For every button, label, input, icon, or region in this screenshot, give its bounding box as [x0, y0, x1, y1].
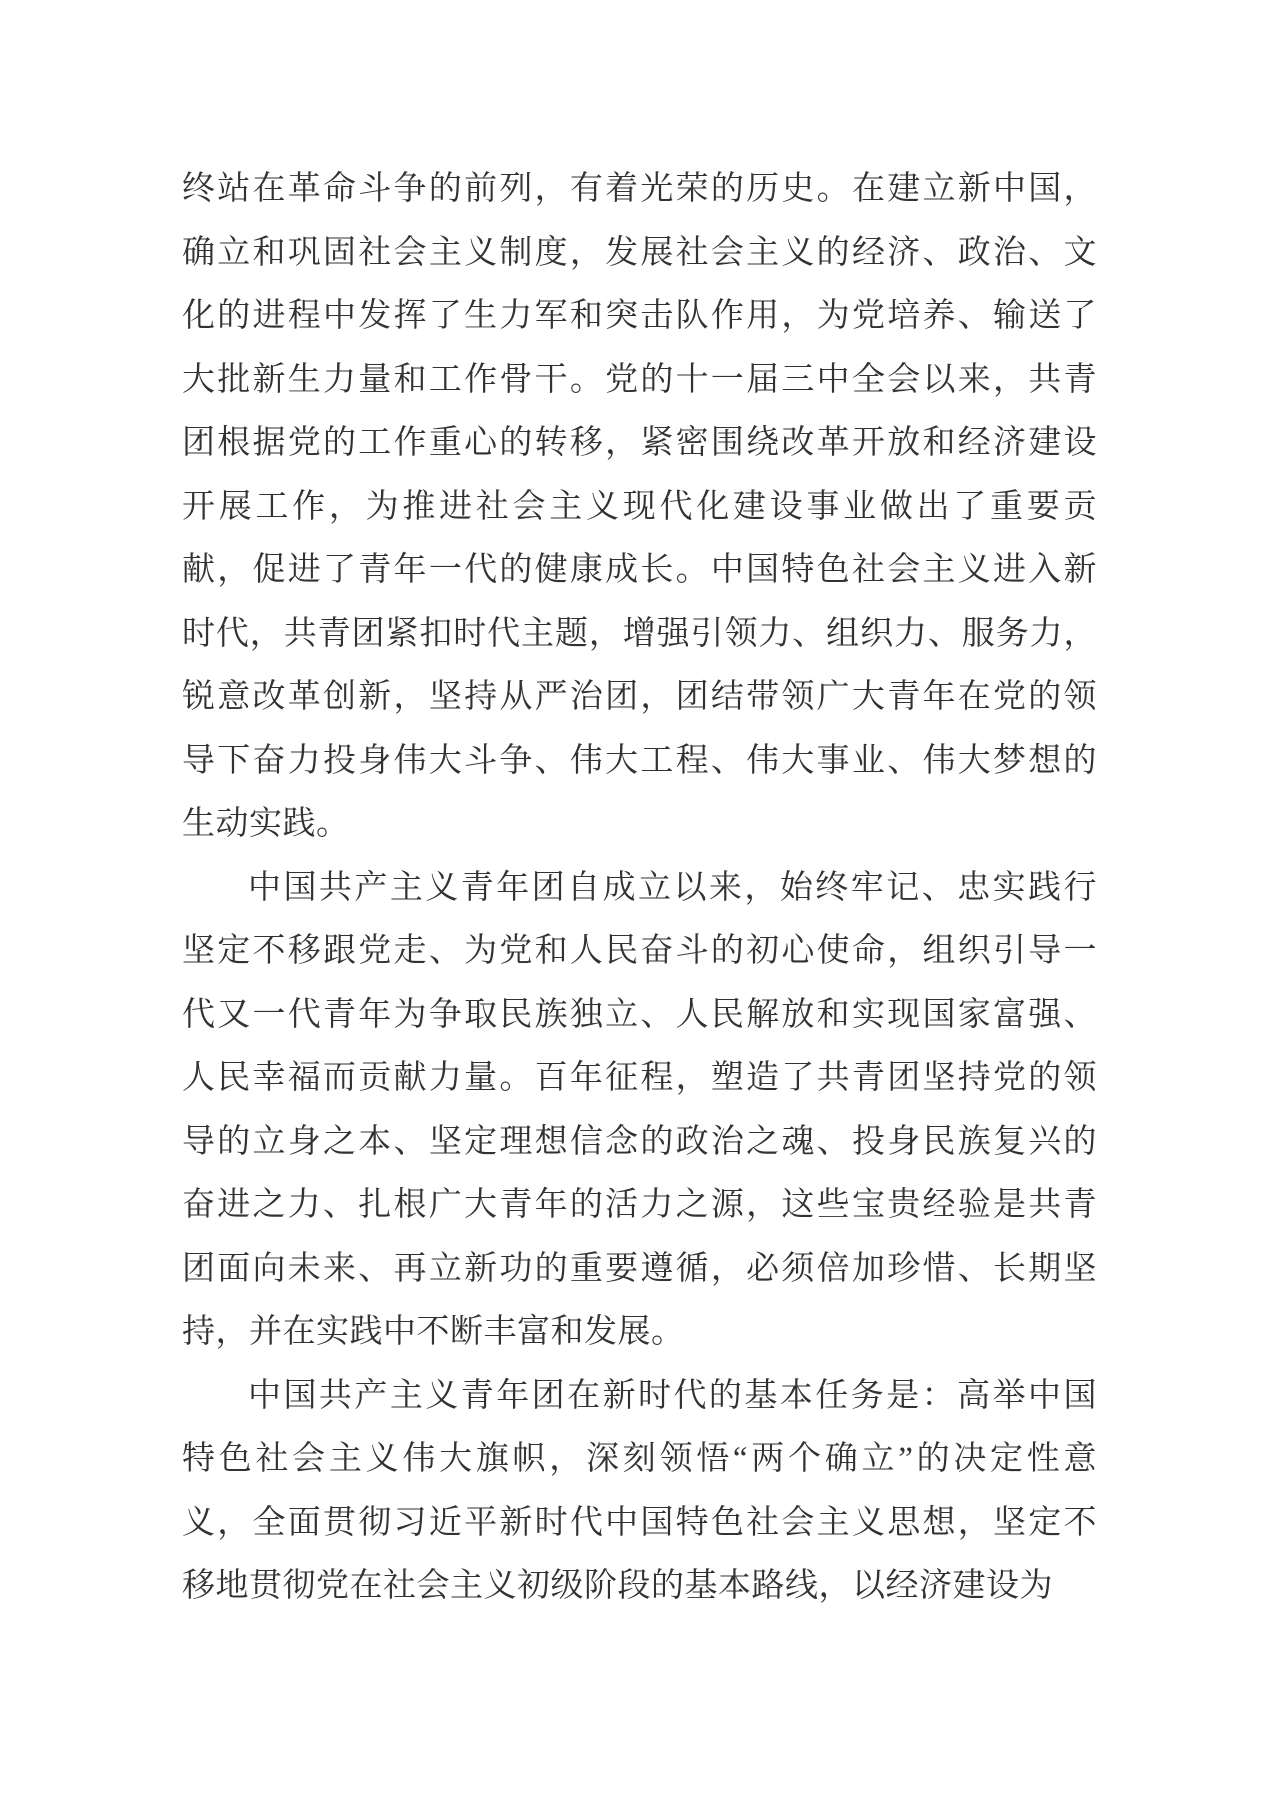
text-line: 代又一代青年为争取民族独立、人民解放和实现国家富强、: [182, 984, 1097, 1048]
text-line: 中国共产主义青年团在新时代的基本任务是：高举中国: [182, 1365, 1097, 1429]
text-line: 大批新生力量和工作骨干。党的十一届三中全会以来，共青: [182, 349, 1097, 413]
text-line: 移地贯彻党在社会主义初级阶段的基本路线，以经济建设为: [182, 1555, 1097, 1619]
text-line: 献，促进了青年一代的健康成长。中国特色社会主义进入新: [182, 539, 1097, 603]
text-line: 生动实践。: [182, 793, 1097, 857]
text-line: 持，并在实践中不断丰富和发展。: [182, 1301, 1097, 1365]
paragraph: 终站在革命斗争的前列，有着光荣的历史。在建立新中国，确立和巩固社会主义制度，发展…: [182, 158, 1097, 857]
text-line: 坚定不移跟党走、为党和人民奋斗的初心使命，组织引导一: [182, 920, 1097, 984]
text-line: 时代，共青团紧扣时代主题，增强引领力、组织力、服务力，: [182, 603, 1097, 667]
text-line: 团面向未来、再立新功的重要遵循，必须倍加珍惜、长期坚: [182, 1238, 1097, 1302]
text-line: 开展工作，为推进社会主义现代化建设事业做出了重要贡: [182, 476, 1097, 540]
text-line: 锐意改革创新，坚持从严治团，团结带领广大青年在党的领: [182, 666, 1097, 730]
text-line: 特色社会主义伟大旗帜，深刻领悟“两个确立”的决定性意: [182, 1428, 1097, 1492]
text-line: 终站在革命斗争的前列，有着光荣的历史。在建立新中国，: [182, 158, 1097, 222]
document-page: 终站在革命斗争的前列，有着光荣的历史。在建立新中国，确立和巩固社会主义制度，发展…: [0, 0, 1279, 1810]
paragraph: 中国共产主义青年团自成立以来，始终牢记、忠实践行坚定不移跟党走、为党和人民奋斗的…: [182, 857, 1097, 1365]
document-body: 终站在革命斗争的前列，有着光荣的历史。在建立新中国，确立和巩固社会主义制度，发展…: [182, 158, 1097, 1619]
text-line: 人民幸福而贡献力量。百年征程，塑造了共青团坚持党的领: [182, 1047, 1097, 1111]
text-line: 团根据党的工作重心的转移，紧密围绕改革开放和经济建设: [182, 412, 1097, 476]
paragraph: 中国共产主义青年团在新时代的基本任务是：高举中国特色社会主义伟大旗帜，深刻领悟“…: [182, 1365, 1097, 1619]
text-line: 奋进之力、扎根广大青年的活力之源，这些宝贵经验是共青: [182, 1174, 1097, 1238]
text-line: 义，全面贯彻习近平新时代中国特色社会主义思想，坚定不: [182, 1492, 1097, 1556]
text-line: 化的进程中发挥了生力军和突击队作用，为党培养、输送了: [182, 285, 1097, 349]
text-line: 导的立身之本、坚定理想信念的政治之魂、投身民族复兴的: [182, 1111, 1097, 1175]
text-line: 中国共产主义青年团自成立以来，始终牢记、忠实践行: [182, 857, 1097, 921]
text-line: 导下奋力投身伟大斗争、伟大工程、伟大事业、伟大梦想的: [182, 730, 1097, 794]
text-line: 确立和巩固社会主义制度，发展社会主义的经济、政治、文: [182, 222, 1097, 286]
